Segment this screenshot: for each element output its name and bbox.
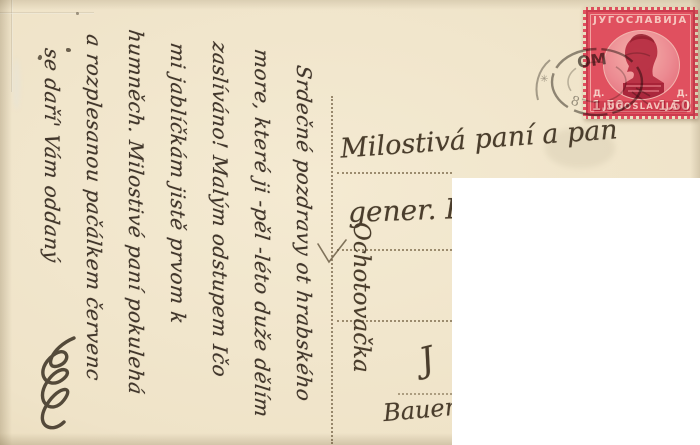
svg-text:8: 8: [569, 94, 582, 111]
stamp-currency-right: Д.: [677, 89, 688, 99]
paper-streak: [13, 58, 20, 110]
postmark-icon: OM 8 ✳: [528, 38, 678, 133]
message-line: Srdečné pozdravy ot hrabského: [283, 47, 325, 444]
address-fragment: J: [415, 339, 438, 381]
vertical-note: Ochotovačka: [338, 222, 374, 422]
address-dotted-line: [337, 172, 452, 174]
message-line: zaslíváno! Malým odstupem Ičo: [199, 37, 241, 434]
message-line: mi jablíčkám jistě prvom k: [157, 31, 199, 428]
censor-box: [452, 178, 700, 445]
postcard-photo: { "postcard": { "message": { "lines": [ …: [0, 0, 700, 445]
svg-text:✳: ✳: [540, 74, 548, 85]
postmark-letters: OM: [576, 49, 608, 72]
address-surname: Bauer: [382, 393, 457, 427]
message-line: humněch. Milostivé paní pokulehá: [115, 26, 157, 423]
message-line: more, které ji -pěl -léto duže dělím: [241, 42, 283, 439]
stamp-country-top: ЈУГОСЛАВИЈА: [586, 15, 695, 26]
card-crease-horizontal: [0, 12, 94, 14]
dotted-divider-line: [331, 96, 333, 444]
signature-scrawl: [20, 332, 82, 442]
ink-speck: [76, 12, 79, 15]
